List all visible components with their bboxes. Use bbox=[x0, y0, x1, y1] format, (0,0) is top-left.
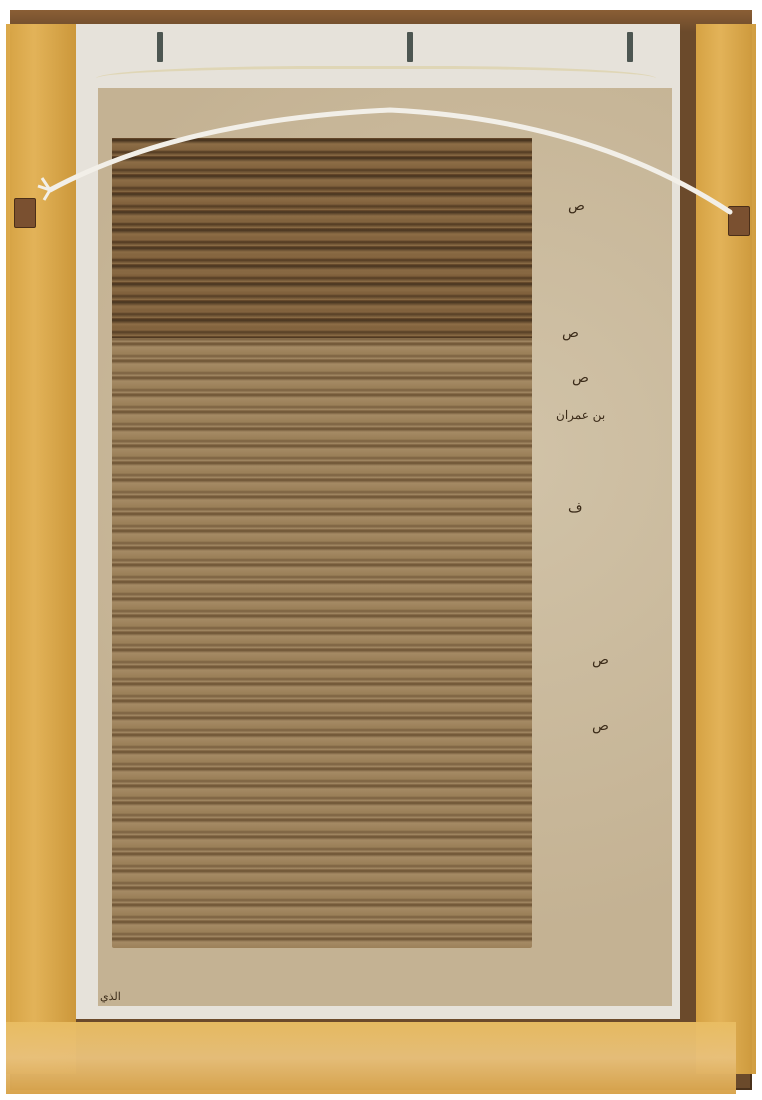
margin-note: ص bbox=[562, 325, 579, 341]
masking-tape-bottom bbox=[6, 1022, 736, 1094]
frame-clip bbox=[407, 32, 413, 62]
margin-note: ص bbox=[568, 198, 585, 214]
margin-note: ص bbox=[572, 370, 589, 386]
manuscript-text-block bbox=[112, 138, 532, 948]
hanging-bracket-left bbox=[14, 198, 36, 228]
masking-tape-left bbox=[6, 24, 76, 1074]
margin-note: بن عمران bbox=[556, 408, 605, 422]
frame-clip bbox=[627, 32, 633, 62]
masking-tape-right bbox=[696, 24, 756, 1074]
frame-clip bbox=[157, 32, 163, 62]
margin-note: ف bbox=[568, 500, 583, 516]
margin-note: ص bbox=[592, 652, 609, 668]
hanging-bracket-right bbox=[728, 206, 750, 236]
margin-note: ص bbox=[592, 718, 609, 734]
page-number: الذي bbox=[100, 990, 121, 1003]
darkened-text-area bbox=[112, 138, 532, 338]
